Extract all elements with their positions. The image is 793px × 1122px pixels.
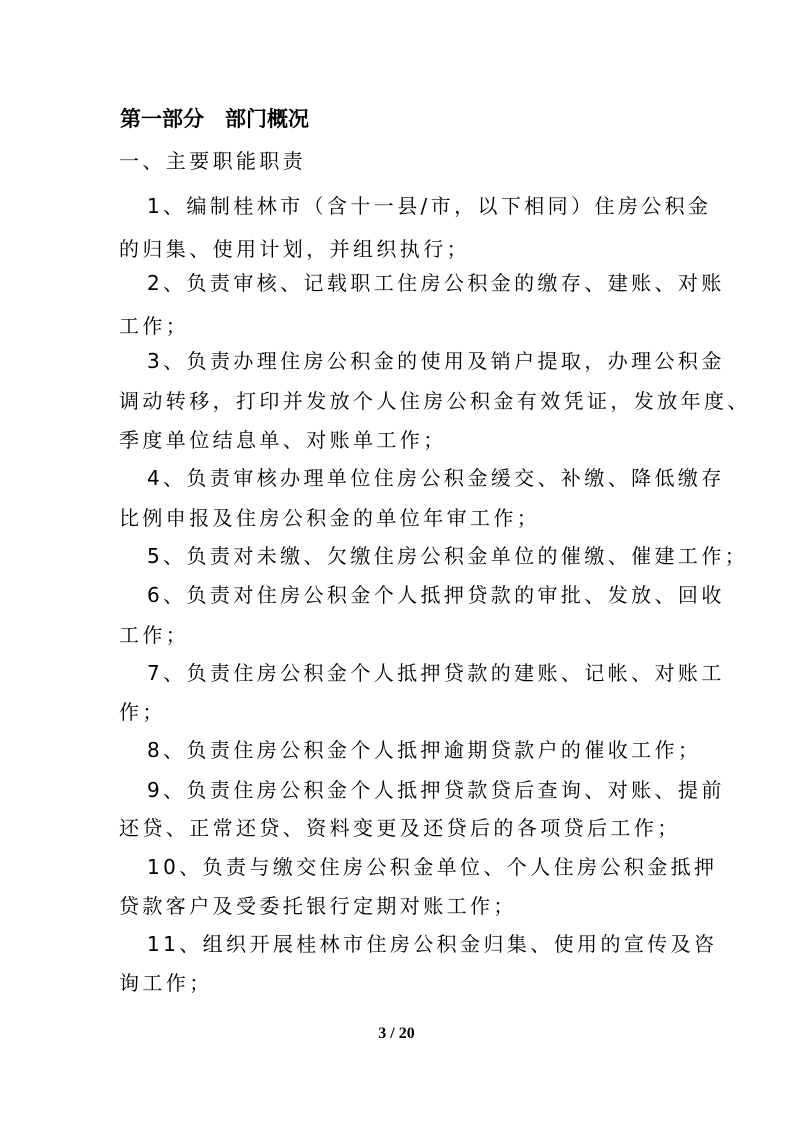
- part-title: 第一部分 部门概况: [120, 103, 309, 133]
- item-9-line-2: 还贷、正常还贷、资料变更及还贷后的各项贷后工作；: [119, 815, 681, 841]
- item-9-line-1: 9、负责住房公积金个人抵押贷款贷后查询、对账、提前: [147, 777, 725, 803]
- section-heading: 一、主要职能职责: [119, 148, 306, 174]
- item-5-line-1: 5、负责对未缴、欠缴住房公积金单位的催缴、催建工作；: [147, 543, 748, 569]
- item-4-line-2: 比例申报及住房公积金的单位年审工作；: [119, 505, 540, 531]
- item-3-line-1: 3、负责办理住房公积金的使用及销户提取，办理公积金: [147, 348, 725, 374]
- page-number: 3 / 20: [0, 1025, 793, 1043]
- item-8-line-1: 8、负责住房公积金个人抵押逾期贷款户的催收工作；: [147, 737, 701, 763]
- item-10-line-2: 贷款客户及受委托银行定期对账工作；: [119, 893, 517, 919]
- item-3-line-3: 季度单位结息单、对账单工作；: [119, 427, 447, 453]
- item-3-line-2: 调动转移，打印并发放个人住房公积金有效凭证，发放年度、: [119, 388, 751, 414]
- item-6-line-2: 工作；: [119, 622, 189, 648]
- item-11-line-2: 询工作；: [119, 970, 213, 996]
- item-2-line-2: 工作；: [119, 313, 189, 339]
- item-4-line-1: 4、负责审核办理单位住房公积金缓交、补缴、降低缴存: [147, 465, 725, 491]
- item-6-line-1: 6、负责对住房公积金个人抵押贷款的审批、发放、回收: [147, 582, 725, 608]
- item-7-line-2: 作；: [119, 699, 166, 725]
- item-11-line-1: 11、组织开展桂林市住房公积金归集、使用的宣传及咨: [147, 931, 717, 957]
- item-1-line-1: 1、编制桂林市（含十一县/市，以下相同）住房公积金: [147, 193, 711, 219]
- item-2-line-1: 2、负责审核、记载职工住房公积金的缴存、建账、对账: [147, 270, 725, 296]
- item-7-line-1: 7、负责住房公积金个人抵押贷款的建账、记帐、对账工: [147, 660, 725, 686]
- document-page: 第一部分 部门概况 一、主要职能职责 1、编制桂林市（含十一县/市，以下相同）住…: [0, 0, 793, 1122]
- item-10-line-1: 10、负责与缴交住房公积金单位、个人住房公积金抵押: [147, 854, 717, 880]
- item-1-line-2: 的归集、使用计划，并组织执行；: [119, 236, 470, 262]
